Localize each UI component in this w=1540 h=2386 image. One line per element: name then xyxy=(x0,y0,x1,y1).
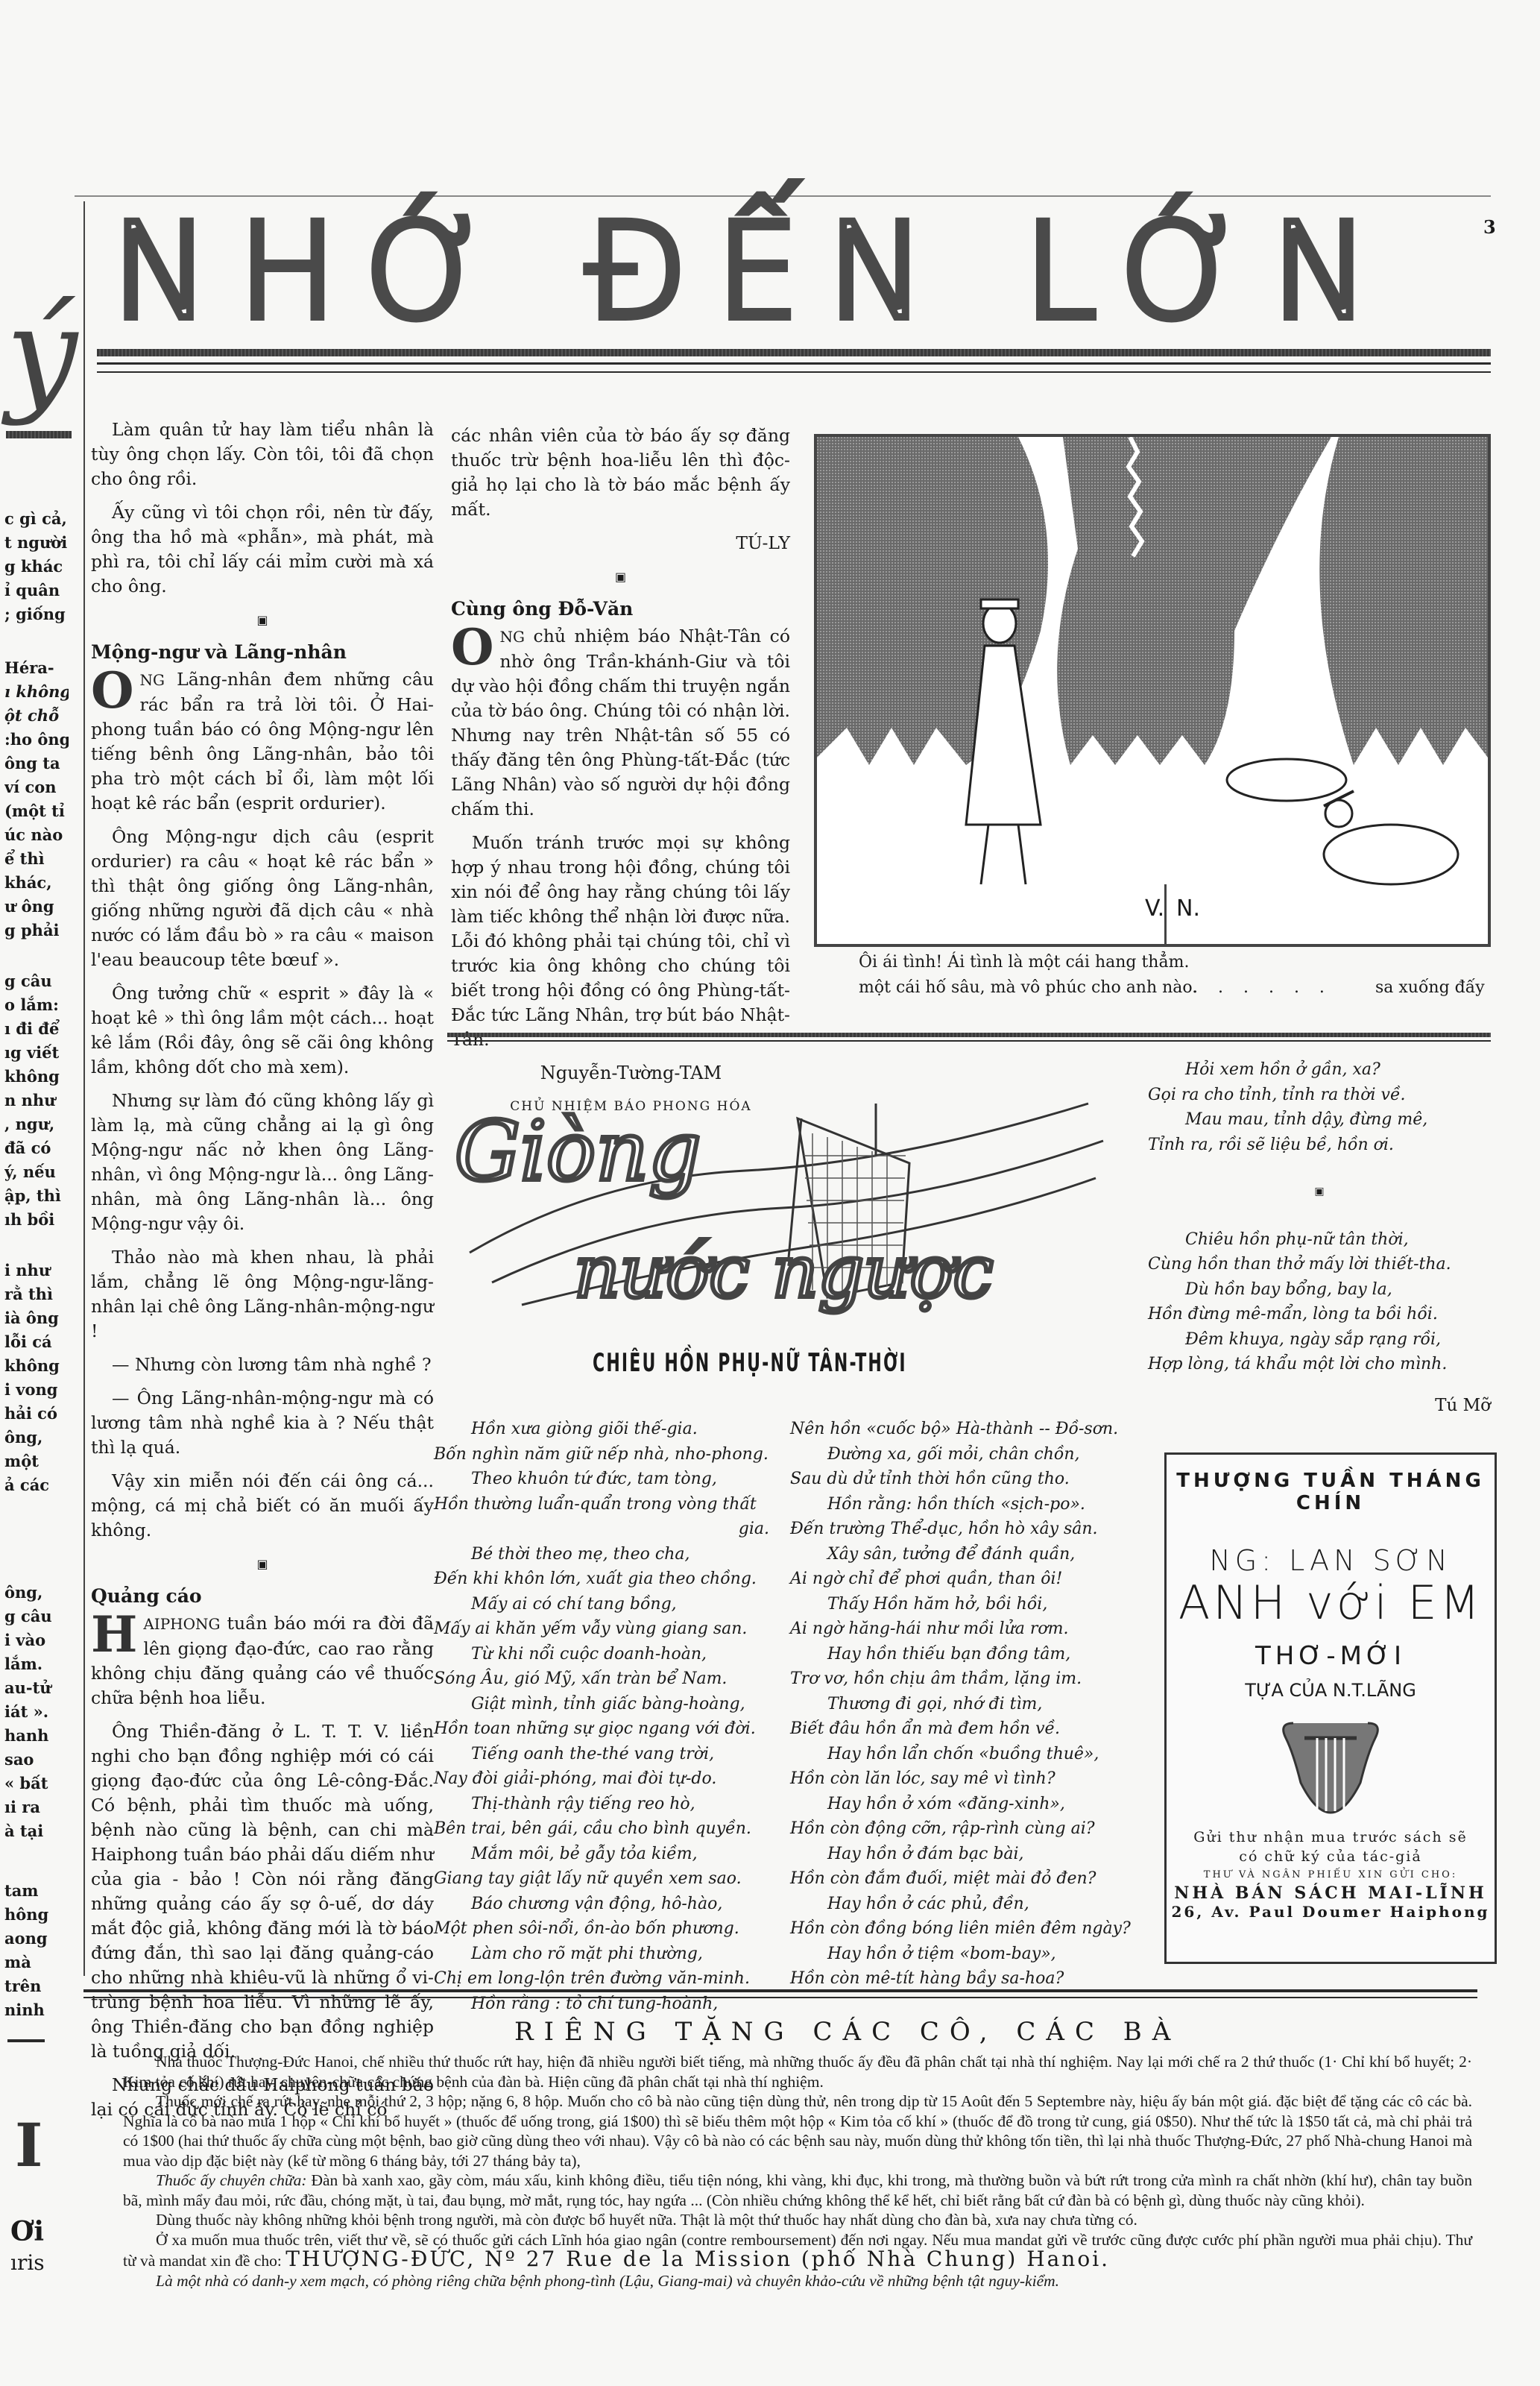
section-divider-rule-thin xyxy=(447,1040,1491,1042)
poem-title: CHIÊU HỒN PHỤ-NỮ TÂN-THỜI xyxy=(593,1348,907,1378)
section-divider-rule xyxy=(447,1033,1491,1037)
poem-column-a: Hồn xưa giòng giõi thế-gia. Bốn nghìn nă… xyxy=(434,1417,769,2016)
dropcap: H xyxy=(91,1613,137,1656)
column-2: các nhân viên của tờ báo ấy sợ đăng thuố… xyxy=(451,424,790,1128)
left-page-fragment-5: ông, g câu i vào lắm. au-tử iát ». hanh … xyxy=(4,1581,69,1843)
bottom-ad-paragraph-3: Thuốc ấy chuyên chữa: Đàn bà xanh xao, g… xyxy=(123,2171,1472,2210)
masthead-rule-thin xyxy=(97,362,1491,365)
poem-column-b: Nên hồn «cuốc bộ» Hà-thành -- Đồ-sơn. Đư… xyxy=(790,1417,1140,1992)
masthead-title: NHỚ ĐẾN LỚN xyxy=(112,216,1498,328)
bottom-ad-title: RIÊNG TẶNG CÁC CÔ, CÁC BÀ xyxy=(514,2017,1181,2047)
left-page-fragment-3: g câu o lắm: ı đi để ıg viết không n như… xyxy=(4,969,69,1232)
left-column-border xyxy=(83,201,85,1976)
bottom-advertisement: Nhà thuốc Thượng-Đức Hanoi, chế nhiều th… xyxy=(123,2052,1472,2291)
ad-preface: TỰA CỦA N.T.LÃNG xyxy=(1167,1680,1495,1701)
section-ornament: ▣ xyxy=(451,564,790,589)
dropcap: O xyxy=(451,626,494,669)
cartoon-caption-line-2: một cái hố sâu, mà vô phúc cho anh nào. xyxy=(859,978,1197,997)
cartoon-signature-v: V. xyxy=(1145,895,1164,922)
section-heading-do-van: Cùng ông Đỗ-Văn xyxy=(451,596,790,621)
dropcap: O xyxy=(91,669,134,712)
lyre-icon xyxy=(1271,1708,1390,1820)
poem-graphic: Giòng nước ngược xyxy=(447,1059,1118,1335)
ad-author: NG: LAN SƠN xyxy=(1167,1544,1495,1577)
section-paragraph: Thảo nào mà khen nhau, là phải lắm, chẳn… xyxy=(91,1245,434,1344)
masthead-rule-thick xyxy=(97,349,1491,356)
ad-shop-name: NHÀ BÁN SÁCH MAI-LĨNH xyxy=(1167,1883,1495,1903)
section-ornament: ▣ xyxy=(91,608,434,632)
left-page-fragment-6: tam hông aong mà trên ninh xyxy=(4,1879,69,2022)
left-page-fragment-4: i như rằ thì ià ông lỗi cá không i vong … xyxy=(4,1259,69,1497)
cartoon-drawing xyxy=(817,437,1488,944)
ad-subtitle: THƠ-MỚI xyxy=(1167,1641,1495,1671)
section-ornament: ▣ xyxy=(91,1552,434,1576)
cartoon-caption-line-1: Ôi ái tình! Ái tình là một cái hang thẳm… xyxy=(859,953,1189,972)
bottom-section-rule-thin xyxy=(83,1997,1477,1998)
poem-graphic-title-1: Giòng xyxy=(455,1104,701,1199)
ad-release-date: THƯỢNG TUẦN THÁNG CHÍN xyxy=(1167,1470,1495,1514)
bottom-ad-paragraph-5: Ở xa muốn mua thuốc trên, viết thư về, s… xyxy=(123,2230,1472,2271)
section-heading-mong-ngu: Mộng-ngư và Lãng-nhân xyxy=(91,640,434,664)
bottom-ad-paragraph-1: Nhà thuốc Thượng-Đức Hanoi, chế nhiều th… xyxy=(123,2052,1472,2091)
section-paragraph: Ông tưởng chữ « esprit » đây là « hoạt k… xyxy=(91,981,434,1080)
cartoon-divider xyxy=(1164,884,1167,944)
section-paragraph: HAIPHONG tuần báo mới ra đời đã lên giọn… xyxy=(91,1611,434,1710)
left-fragment-letter-i: I xyxy=(15,2110,42,2180)
section-heading-quang-cao: Quảng cáo xyxy=(91,1584,434,1608)
left-page-fragment-1: c gì cả, t người g khác ỉ quân ; giống xyxy=(4,507,69,626)
masthead-rule-thin-2 xyxy=(97,371,1491,373)
intro-paragraph-1: Làm quân tử hay làm tiểu nhân là tùy ông… xyxy=(91,418,434,491)
section-paragraph: ONG Lãng-nhân đem những câu rác bẩn ra t… xyxy=(91,667,434,816)
bottom-ad-paragraph-6: Là một nhà có danh-y xem mạch, có phòng … xyxy=(123,2271,1472,2291)
bottom-ad-address: THƯỢNG-ĐỨC, Nº 27 Rue de la Mission (phố… xyxy=(285,2247,1110,2271)
signature-tu-ly: TÚ-LY xyxy=(451,531,790,555)
continued-paragraph: các nhân viên của tờ báo ấy sợ đăng thuố… xyxy=(451,424,790,522)
section-paragraph: Ông Mộng-ngư dịch câu (esprit ordurier) … xyxy=(91,825,434,972)
section-paragraph: Ông Thiền-đăng ở L. T. T. V. liền nghi c… xyxy=(91,1719,434,2064)
poem-graphic-title-2: nước ngược xyxy=(574,1230,993,1314)
left-page-fragment-2: Héra- ı không ột chỗ :ho ông ông ta ví c… xyxy=(4,656,69,942)
bottom-section-rule xyxy=(83,1989,1477,1992)
cartoon-caption-end: sa xuống đấy xyxy=(1375,978,1485,997)
section-paragraph: Nhưng sự làm đó cũng không lấy gì làm lạ… xyxy=(91,1089,434,1236)
book-advertisement: THƯỢNG TUẦN THÁNG CHÍN NG: LAN SƠN ANH v… xyxy=(1164,1452,1497,1964)
bottom-ad-paragraph-2: Thuốc mới chế ra rứt hay, nhẹ mỗi thứ 2,… xyxy=(123,2091,1472,2171)
section-paragraph: Muốn tránh trước mọi sự không hợp ý nhau… xyxy=(451,831,790,1052)
section-paragraph: — Nhưng còn lương tâm nhà nghề ? xyxy=(91,1353,434,1377)
left-fragment-letter-oi: Ơi xyxy=(10,2216,44,2247)
ad-line-1: Gửi thư nhận mua trước sách sẽ xyxy=(1167,1828,1495,1847)
left-page-fragment-glyph: ý xyxy=(6,291,78,418)
intro-paragraph-2: Ấy cũng vì tôi chọn rồi, nên từ đấy, ông… xyxy=(91,500,434,599)
left-fragment-bottom-rule xyxy=(7,2039,45,2042)
poem-author: Tú Mỡ xyxy=(1148,1394,1491,1419)
ad-line-3: THƯ VÀ NGÂN PHIẾU XIN GỬI CHO: xyxy=(1167,1869,1495,1880)
left-fragment-rule xyxy=(6,431,72,438)
section-paragraph: — Ông Lãng-nhân-mộng-ngư mà có lương tâm… xyxy=(91,1386,434,1460)
cartoon-signature-n: N. xyxy=(1176,895,1200,922)
section-paragraph: ONG chủ nhiệm báo Nhật-Tân có nhờ ông Tr… xyxy=(451,624,790,822)
bottom-ad-paragraph-4: Dùng thuốc này không những khỏi bệnh tro… xyxy=(123,2210,1472,2230)
cartoon-caption-dots: . . . . . . xyxy=(1193,978,1332,997)
ad-book-title: ANH với EM xyxy=(1167,1577,1495,1629)
cartoon-illustration: V. N. xyxy=(814,434,1491,947)
poem-ornament: ▣ xyxy=(1148,1180,1491,1205)
left-fragment-letter-iris: ıris xyxy=(10,2250,45,2275)
ad-shop-address: 26, Av. Paul Doumer Haiphong xyxy=(1167,1903,1495,1921)
column-1: Làm quân tử hay làm tiểu nhân là tùy ông… xyxy=(91,418,434,2131)
ad-line-2: có chữ ký của tác-giả xyxy=(1167,1847,1495,1866)
section-paragraph: Vậy xin miễn nói đến cái ông cá... mộng,… xyxy=(91,1469,434,1543)
poem-column-c: Hỏi xem hồn ở gần, xa? Gọi ra cho tỉnh, … xyxy=(1148,1057,1491,1418)
